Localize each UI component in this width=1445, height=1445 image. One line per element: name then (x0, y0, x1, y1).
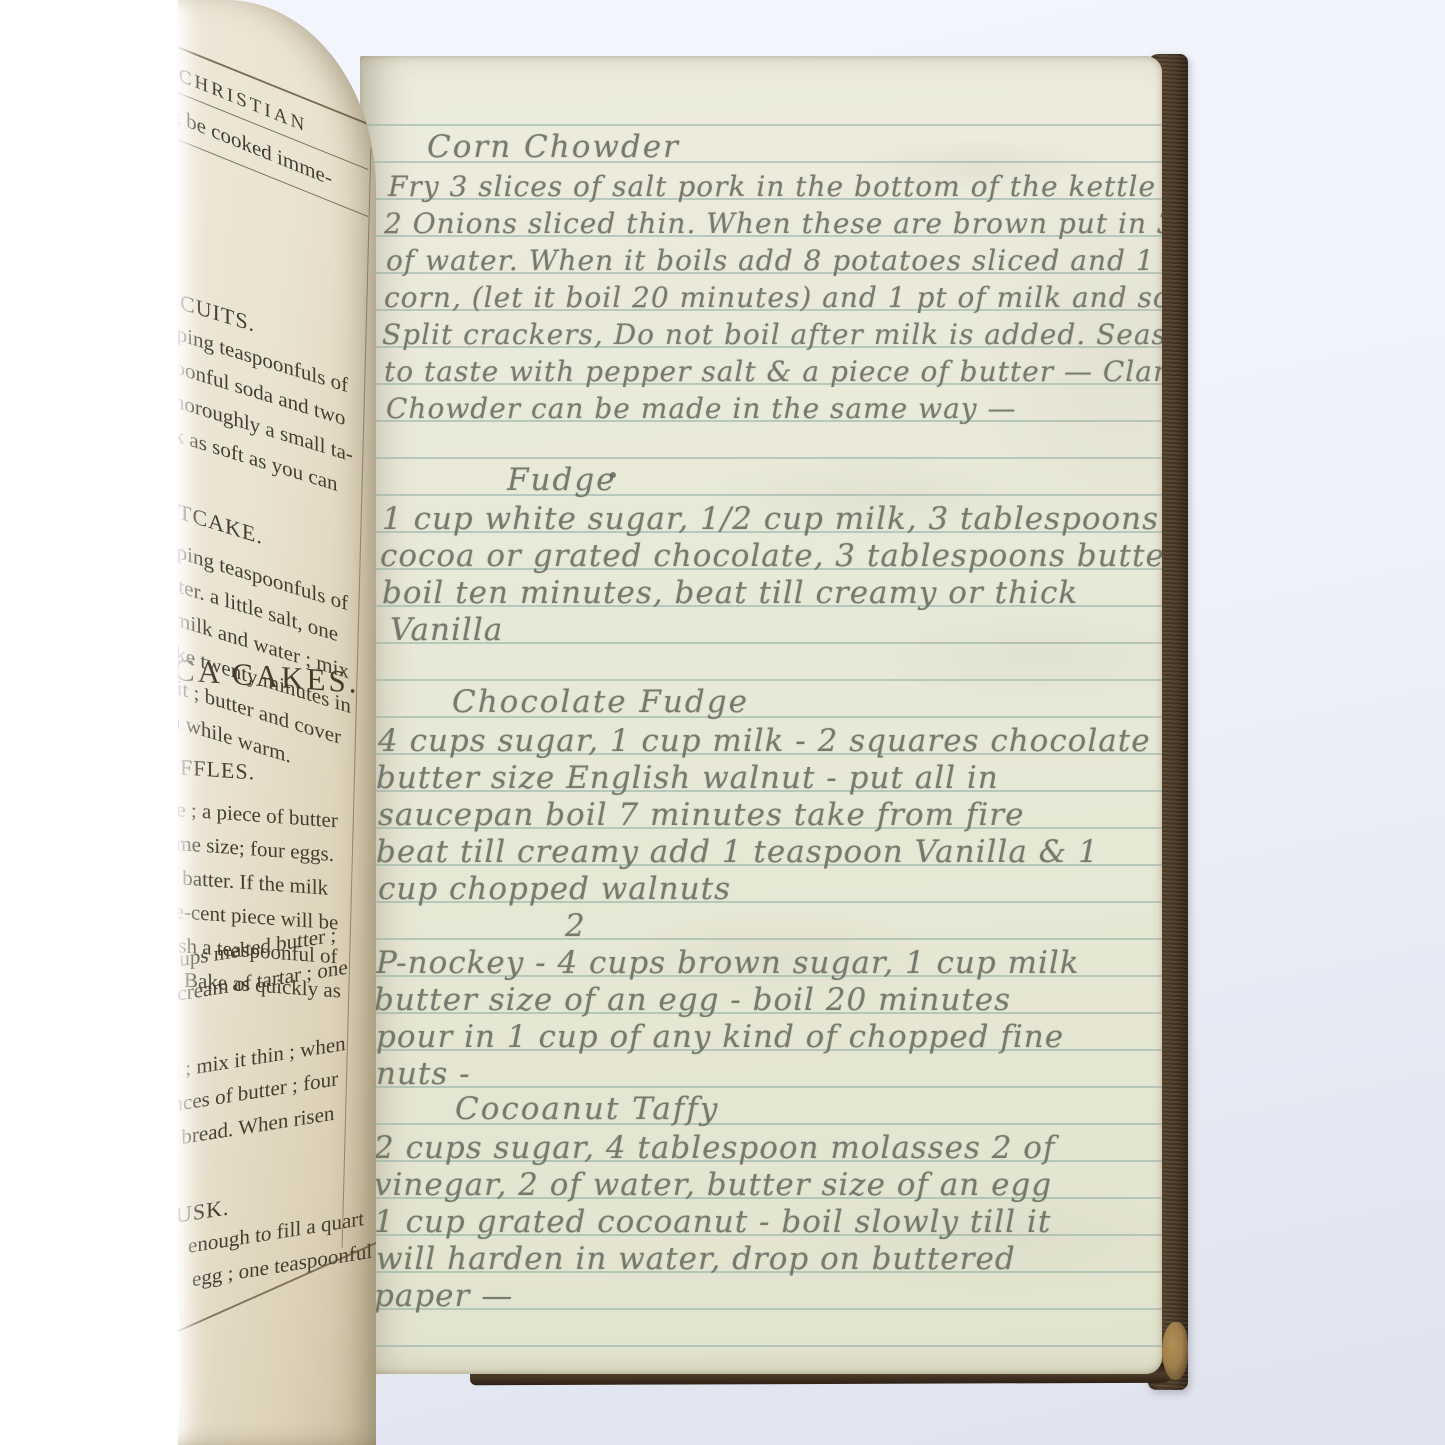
recipe-line: 4 cups sugar, 1 cup milk - 2 squares cho… (378, 723, 1151, 759)
recipe-title: Chocolate Fudge (452, 684, 749, 720)
section-mark: 2 (565, 908, 586, 944)
handwritten-recipe-page: Corn Chowder Fry 3 slices of salt pork i… (360, 56, 1162, 1374)
pencil-dot (610, 472, 616, 478)
recipe-line: Fry 3 slices of salt pork in the bottom … (388, 170, 1162, 203)
recipe-line: will harden in water, drop on buttered (376, 1241, 1016, 1277)
recipe-title: Fudge (507, 462, 617, 498)
recipe-line: 1 cup white sugar, 1/2 cup milk, 3 table… (382, 501, 1159, 537)
recipe-line: corn, (let it boil 20 minutes) and 1 pt … (384, 281, 1162, 314)
recipe-title: Corn Chowder (427, 129, 680, 165)
recipe-line: Chowder can be made in the same way — (386, 392, 1017, 425)
recipe-line: 2 Onions sliced thin. When these are bro… (384, 207, 1162, 240)
recipe-line: pour in 1 cup of any kind of chopped fin… (376, 1019, 1064, 1055)
recipe-line: butter size English walnut - put all in (376, 760, 999, 796)
recipe-line: beat till creamy add 1 teaspoon Vanilla … (376, 834, 1099, 870)
worn-cover-corner (1162, 1322, 1188, 1380)
recipe-line: of water. When it boils add 8 potatoes s… (386, 244, 1162, 277)
recipe-line: saucepan boil 7 minutes take from fire (378, 797, 1024, 833)
recipe-line: paper — (374, 1278, 513, 1314)
recipe-line: to taste with pepper salt & a piece of b… (384, 355, 1162, 388)
photo-of-open-recipe-book: Corn Chowder Fry 3 slices of salt pork i… (0, 0, 1445, 1445)
recipe-line: 2 cups sugar, 4 tablespoon molasses 2 of (374, 1130, 1055, 1166)
recipe-line: cocoa or grated chocolate, 3 tablespoons… (380, 538, 1162, 574)
recipe-line: vinegar, 2 of water, butter size of an e… (374, 1167, 1052, 1203)
recipe-title: Cocoanut Taffy (455, 1091, 719, 1127)
recipe-line: 1 cup grated cocoanut - boil slowly till… (374, 1204, 1051, 1240)
recipe-line: P-nockey - 4 cups brown sugar, 1 cup mil… (376, 945, 1080, 981)
recipe-line: nuts - (376, 1056, 471, 1092)
recipe-line: cup chopped walnuts (378, 871, 731, 907)
recipe-line: Split crackers, Do not boil after milk i… (382, 318, 1162, 351)
page-edge-highlight (0, 0, 178, 1445)
recipe-line: Vanilla (390, 612, 503, 648)
recipe-line: boil ten minutes, beat till creamy or th… (382, 575, 1078, 611)
recipe-line: butter size of an egg - boil 20 minutes (374, 982, 1011, 1018)
